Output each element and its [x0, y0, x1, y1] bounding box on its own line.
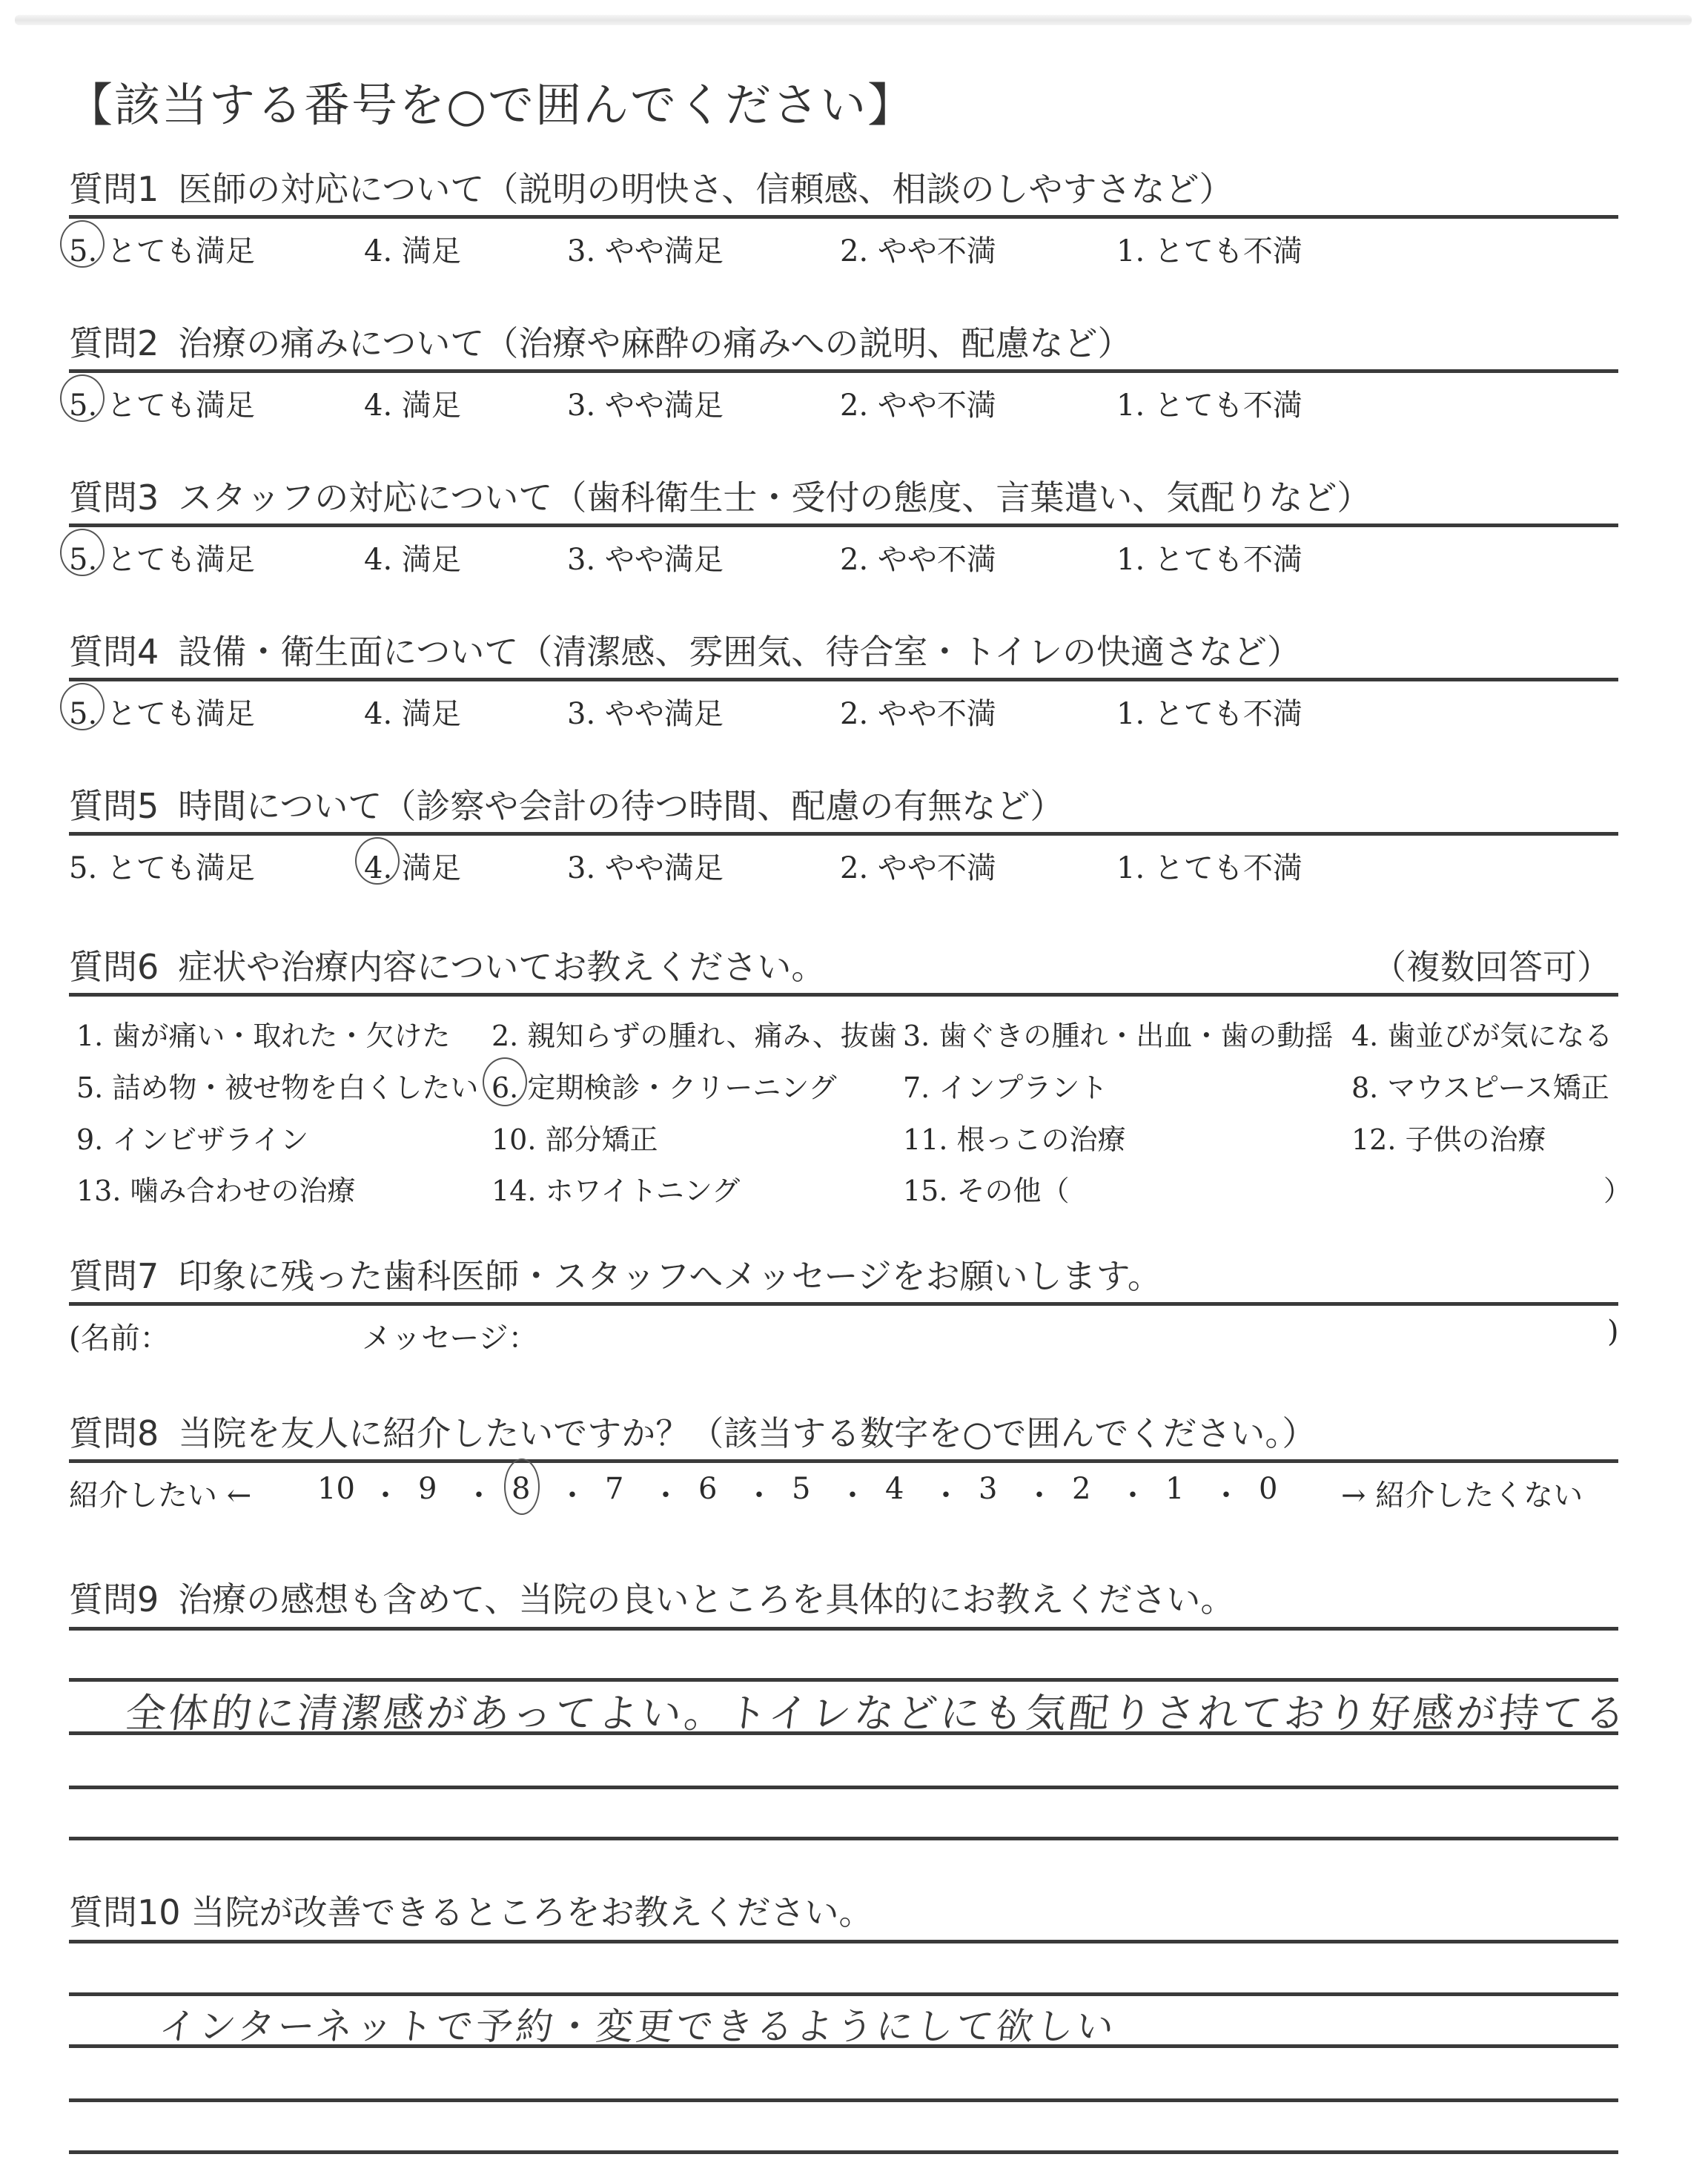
- answer-line: [69, 1992, 1618, 1996]
- rating-option-5[interactable]: 5. とても満足: [69, 845, 255, 887]
- question-text: 当院を友人に紹介したいですか？（該当する数字を○で囲んでください。）: [178, 1413, 1316, 1453]
- symptom-option-9[interactable]: 9. インビザライン: [76, 1117, 308, 1157]
- scale-value-3[interactable]: 3: [979, 1472, 997, 1506]
- question-text: 印象に残った歯科医師・スタッフへメッセージをお願いします。: [178, 1256, 1162, 1296]
- question-text: 時間について（診察や会計の待つ時間、配慮の有無など）: [178, 786, 1064, 826]
- rating-option-2[interactable]: 2. やや不満: [840, 845, 996, 887]
- question-text: 当院が改善できるところをお教えください。: [191, 1892, 873, 1932]
- question-text: 設備・衛生面について（清潔感、雰囲気、待合室・トイレの快適さなど）: [178, 632, 1301, 672]
- answer-line: [69, 1786, 1618, 1789]
- symptom-option-1[interactable]: 1. 歯が痛い・取れた・欠けた: [76, 1013, 450, 1054]
- scale-value-7[interactable]: 7: [605, 1472, 623, 1506]
- rating-option-1[interactable]: 1. とても不満: [1116, 845, 1302, 887]
- question-number: 質問3: [69, 476, 159, 519]
- rating-option-1[interactable]: 1. とても不満: [1116, 536, 1302, 578]
- question-number: 質問10: [69, 1891, 181, 1934]
- close-paren: ): [1607, 1315, 1619, 1349]
- scale-separator: ・: [1025, 1472, 1054, 1514]
- answer-line: [69, 2098, 1618, 2102]
- question-text: スタッフの対応について（歯科衛生士・受付の態度、言葉遣い、気配りなど）: [178, 478, 1371, 518]
- question-1: 質問1医師の対応について（説明の明快さ、信頼感、相談のしやすさなど）5. とても…: [69, 168, 1618, 263]
- page-title: 【該当する番号を○で囲んでください】: [67, 68, 915, 134]
- rating-option-4[interactable]: 4. 満足: [364, 382, 461, 424]
- symptom-option-12[interactable]: 12. 子供の治療: [1351, 1117, 1546, 1157]
- close-paren: ）: [1603, 1168, 1632, 1209]
- symptom-option-10[interactable]: 10. 部分矯正: [491, 1117, 658, 1157]
- rating-option-4[interactable]: 4. 満足: [364, 690, 461, 733]
- scale-value-1[interactable]: 1: [1165, 1472, 1184, 1506]
- scale-value-9[interactable]: 9: [418, 1472, 437, 1506]
- question-text: 治療の痛みについて（治療や麻酔の痛みへの説明、配慮など）: [178, 323, 1131, 363]
- scale-separator: ・: [371, 1472, 400, 1514]
- rating-option-1[interactable]: 1. とても不満: [1116, 382, 1302, 424]
- selected-circle: [60, 220, 105, 268]
- answer-line: [69, 1627, 1618, 1631]
- scale-separator: ・: [651, 1472, 681, 1514]
- scale-value-10[interactable]: 10: [317, 1472, 355, 1506]
- symptom-option-11[interactable]: 11. 根っこの治療: [903, 1117, 1126, 1157]
- symptom-option-7[interactable]: 7. インプラント: [903, 1065, 1108, 1106]
- rating-option-4[interactable]: 4. 満足: [364, 228, 461, 270]
- question-4: 質問4設備・衛生面について（清潔感、雰囲気、待合室・トイレの快適さなど）5. と…: [69, 630, 1618, 726]
- symptom-option-8[interactable]: 8. マウスピース矯正: [1351, 1065, 1609, 1106]
- symptom-option-2[interactable]: 2. 親知らずの腫れ、痛み、抜歯: [491, 1013, 897, 1054]
- question-number: 質問9: [69, 1578, 159, 1621]
- rating-option-4[interactable]: 4. 満足: [364, 536, 461, 578]
- scale-separator: ・: [1118, 1472, 1148, 1514]
- selected-circle: [355, 837, 400, 885]
- scale-value-4[interactable]: 4: [885, 1472, 904, 1506]
- symptom-option-3[interactable]: 3. 歯ぐきの腫れ・出血・歯の動揺: [903, 1013, 1333, 1054]
- selected-circle: [60, 529, 105, 576]
- rating-option-1[interactable]: 1. とても不満: [1116, 228, 1302, 270]
- question-number: 質問1: [69, 168, 159, 211]
- scale-value-2[interactable]: 2: [1072, 1472, 1090, 1506]
- question-number: 質問6: [69, 945, 159, 988]
- rating-option-3[interactable]: 3. やや満足: [567, 382, 724, 424]
- message-label[interactable]: メッセージ：: [362, 1315, 538, 1357]
- scan-edge: [15, 15, 1692, 25]
- symptom-option-13[interactable]: 13. 噛み合わせの治療: [76, 1168, 356, 1209]
- question-number: 質問7: [69, 1255, 159, 1298]
- scale-separator: ・: [744, 1472, 774, 1514]
- question-text: 治療の感想も含めて、当院の良いところを具体的にお教えください。: [178, 1579, 1234, 1619]
- recommend-label: 紹介したい ←: [69, 1472, 251, 1514]
- question-8: 質問8当院を友人に紹介したいですか？（該当する数字を○で囲んでください。） 紹介…: [69, 1412, 1618, 1515]
- answer-line: [69, 1940, 1618, 1943]
- rating-option-2[interactable]: 2. やや不満: [840, 536, 996, 578]
- question-7: 質問7印象に残った歯科医師・スタッフへメッセージをお願いします。 (名前： メッ…: [69, 1255, 1618, 1350]
- symptom-option-6[interactable]: 6. 定期検診・クリーニング: [491, 1065, 837, 1106]
- name-label: (名前：: [69, 1315, 170, 1357]
- question-10: 質問10当院が改善できるところをお教えください。: [69, 1891, 1618, 1934]
- recommend-scale: 紹介したい ←10・9・8・7・6・5・4・3・2・1・0→ 紹介したくない: [69, 1463, 1618, 1515]
- rating-option-2[interactable]: 2. やや不満: [840, 228, 996, 270]
- scale-separator: ・: [464, 1472, 494, 1514]
- answer-line: [69, 2150, 1618, 2154]
- scale-separator: ・: [931, 1472, 961, 1514]
- scale-separator: ・: [557, 1472, 587, 1514]
- symptom-option-4[interactable]: 4. 歯並びが気になる: [1351, 1013, 1612, 1054]
- rating-option-3[interactable]: 3. やや満足: [567, 536, 724, 578]
- question-number: 質問4: [69, 630, 159, 673]
- multiple-answer-note: （複数回答可）: [1372, 945, 1611, 988]
- scale-separator: ・: [838, 1472, 867, 1514]
- scale-separator: ・: [1211, 1472, 1241, 1514]
- selected-circle: [483, 1057, 527, 1106]
- symptom-option-5[interactable]: 5. 詰め物・被せ物を白くしたい: [76, 1065, 478, 1106]
- symptom-options: 1. 歯が痛い・取れた・欠けた2. 親知らずの腫れ、痛み、抜歯3. 歯ぐきの腫れ…: [69, 997, 1618, 1212]
- selected-circle: [60, 374, 105, 422]
- answer-line: [69, 1837, 1618, 1840]
- question-5: 質問5時間について（診察や会計の待つ時間、配慮の有無など）5. とても満足4. …: [69, 785, 1618, 880]
- rating-option-3[interactable]: 3. やや満足: [567, 690, 724, 733]
- rating-option-2[interactable]: 2. やや不満: [840, 382, 996, 424]
- question-3: 質問3スタッフの対応について（歯科衛生士・受付の態度、言葉遣い、気配りなど）5.…: [69, 476, 1618, 572]
- rating-option-3[interactable]: 3. やや満足: [567, 845, 724, 887]
- rating-option-1[interactable]: 1. とても不満: [1116, 690, 1302, 733]
- question-6: 質問6症状や治療内容についてお教えください。 （複数回答可） 1. 歯が痛い・取…: [69, 945, 1618, 1212]
- question-number: 質問8: [69, 1412, 159, 1455]
- rating-option-2[interactable]: 2. やや不満: [840, 690, 996, 733]
- symptom-option-15[interactable]: 15. その他（: [903, 1168, 1070, 1209]
- rating-option-3[interactable]: 3. やや満足: [567, 228, 724, 270]
- scale-value-6[interactable]: 6: [698, 1472, 717, 1506]
- question-number: 質問5: [69, 785, 159, 828]
- question-9: 質問9治療の感想も含めて、当院の良いところを具体的にお教えください。: [69, 1578, 1618, 1621]
- symptom-option-14[interactable]: 14. ホワイトニング: [491, 1168, 740, 1209]
- question-text: 医師の対応について（説明の明快さ、信頼感、相談のしやすさなど）: [178, 169, 1233, 209]
- question-2: 質問2治療の痛みについて（治療や麻酔の痛みへの説明、配慮など）5. とても満足4…: [69, 322, 1618, 417]
- handwritten-answer-q9[interactable]: 全体的に清潔感があってよい。トイレなどにも気配りされており好感が持てる: [123, 1682, 1632, 1739]
- handwritten-answer-q10[interactable]: インターネットで予約・変更できるようにして欲しい: [156, 1997, 1119, 2050]
- question-number: 質問2: [69, 322, 159, 365]
- scale-value-0[interactable]: 0: [1259, 1472, 1277, 1506]
- selected-circle: [60, 683, 105, 730]
- scale-value-5[interactable]: 5: [792, 1472, 810, 1506]
- not-recommend-label: → 紹介したくない: [1341, 1472, 1583, 1514]
- selected-circle: [504, 1459, 540, 1515]
- question-text: 症状や治療内容についてお教えください。: [178, 947, 825, 987]
